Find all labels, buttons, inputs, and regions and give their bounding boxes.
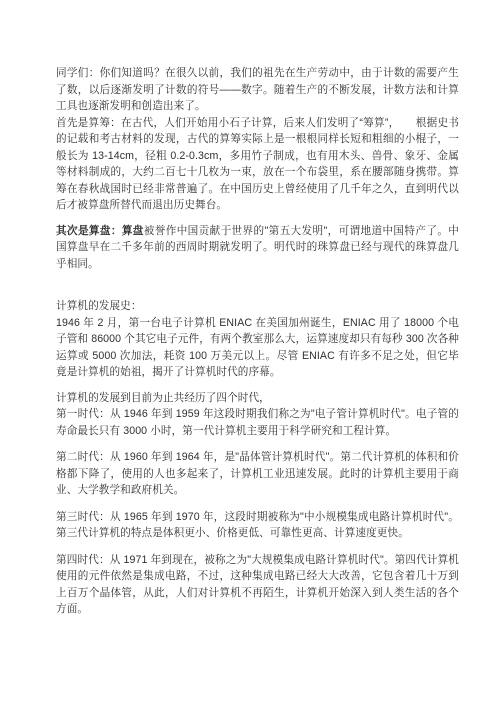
document-page: 同学们：你们知道吗？在很久以前，我们的祖先在生产劳动中，由于计数的需要产生了数，…: [0, 0, 500, 707]
section-era-overview-and-first: 计算机的发展到目前为止共经历了四个时代， 第一时代：从 1946 年到 1959…: [56, 390, 459, 440]
paragraph-abacus: 其次是算盘：算盘被誉作中国贡献于世界的"第五大发明"，可谓地道中国特产了。中国算…: [56, 223, 459, 273]
paragraph-counting-rods: 首先是算筹：在古代，人们开始用小石子计算，后来人们发明了“筹算”， 根据史书的记…: [56, 115, 459, 214]
paragraph-eras-overview: 计算机的发展到目前为止共经历了四个时代，: [56, 390, 459, 407]
paragraph-era-1: 第一时代：从 1946 年到 1959 年这段时期我们称之为"电子管计算机时代"…: [56, 406, 459, 439]
section-computer-history: 计算机的发展史： 1946 年 2 月，第一台电子计算机 ENIAC 在美国加州…: [56, 298, 459, 381]
section-counting-origins: 同学们：你们知道吗？在很久以前，我们的祖先在生产劳动中，由于计数的需要产生了数，…: [56, 65, 459, 214]
paragraph-era-4: 第四时代：从 1971 年到现在，被称之为"大规模集成电路计算机时代"。第四代计…: [56, 552, 459, 618]
abacus-bold-lead: 其次是算盘：算盘: [56, 225, 144, 237]
computer-history-heading: 计算机的发展史：: [56, 298, 459, 315]
section-era-second: 第二时代：从 1960 年到 1964 年，是"晶体管计算机时代"。第二代计算机…: [56, 449, 459, 499]
paragraph-eniac: 1946 年 2 月，第一台电子计算机 ENIAC 在美国加州诞生，ENIAC …: [56, 315, 459, 381]
paragraph-origin-of-numbers: 同学们：你们知道吗？在很久以前，我们的祖先在生产劳动中，由于计数的需要产生了数，…: [56, 65, 459, 115]
section-era-fourth: 第四时代：从 1971 年到现在，被称之为"大规模集成电路计算机时代"。第四代计…: [56, 552, 459, 618]
section-abacus: 其次是算盘：算盘被誉作中国贡献于世界的"第五大发明"，可谓地道中国特产了。中国算…: [56, 223, 459, 273]
paragraph-era-2: 第二时代：从 1960 年到 1964 年，是"晶体管计算机时代"。第二代计算机…: [56, 449, 459, 499]
paragraph-era-3: 第三时代：从 1965 年到 1970 年，这段时期被称为"中小规模集成电路计算…: [56, 509, 459, 542]
section-era-third: 第三时代：从 1965 年到 1970 年，这段时期被称为"中小规模集成电路计算…: [56, 509, 459, 542]
